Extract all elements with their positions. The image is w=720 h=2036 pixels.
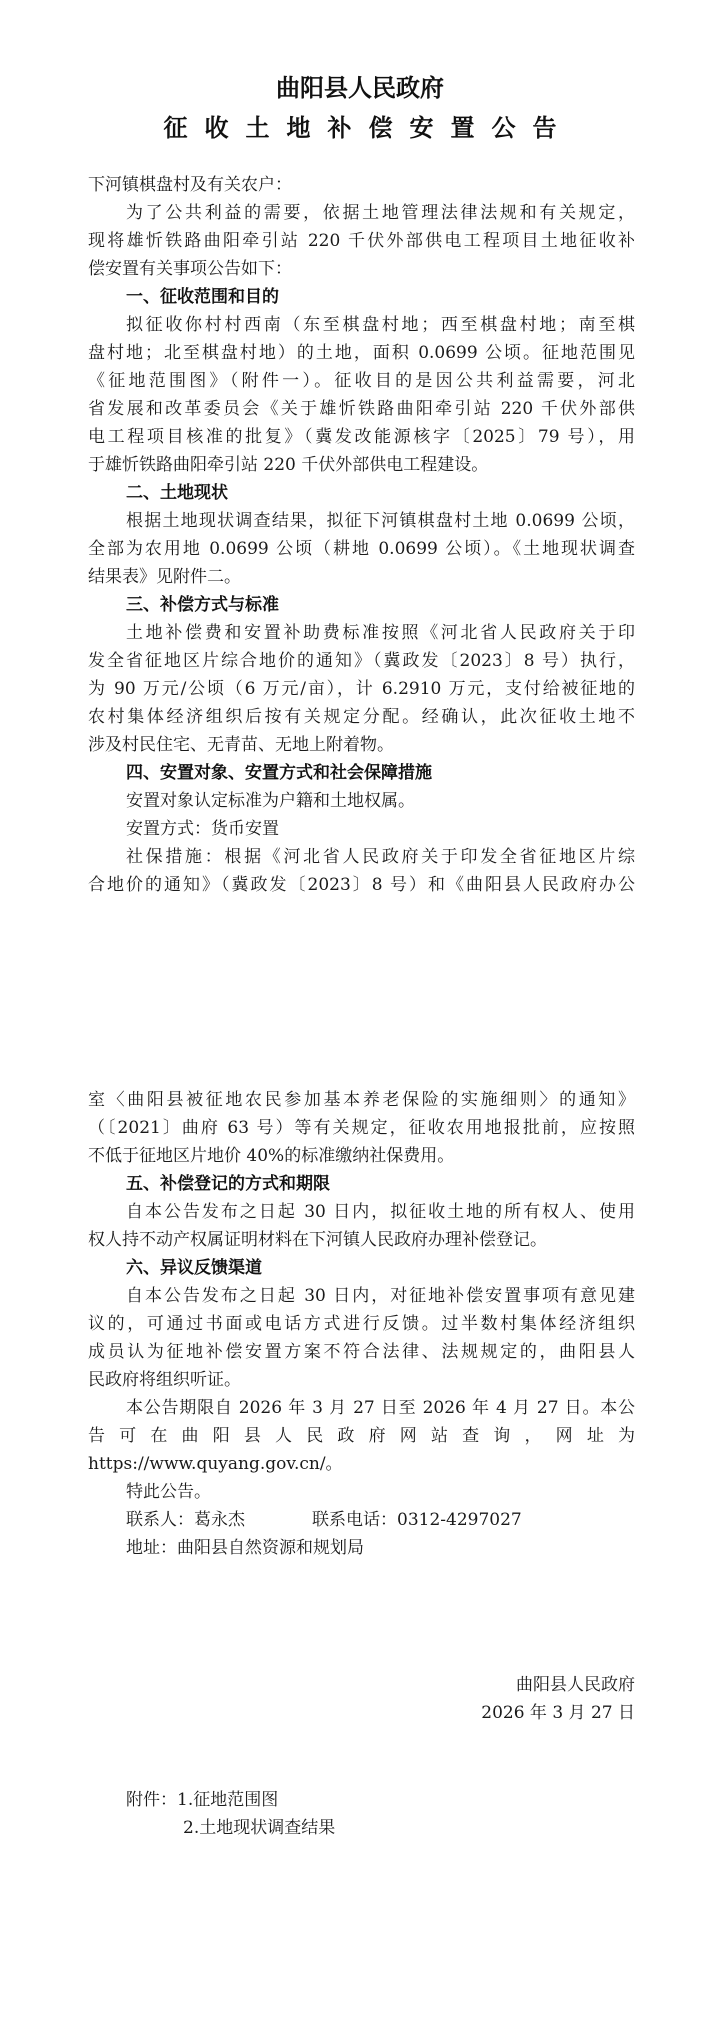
section-line: 发全省征地区片综合地价的通知》（冀政发〔2023〕8 号）执行， [88,648,635,674]
signature-org: 曲阳县人民政府 [516,1672,635,1698]
section-heading-feedback: 六、异议反馈渠道 [126,1255,262,1281]
section-line: 议的，可通过书面或电话方式进行反馈。过半数村集体经济组织 [88,1311,635,1337]
section-heading-resettlement: 四、安置对象、安置方式和社会保障措施 [126,760,432,786]
intro-line: 偿安置有关事项公告如下： [88,256,292,282]
period-line: 本公告期限自 2026 年 3 月 27 日至 2026 年 4 月 27 日。… [126,1395,635,1421]
section-line: 全部为农用地 0.0699 公顷（耕地 0.0699 公顷）。《土地现状调查 [88,536,635,562]
section-line: 自本公告发布之日起 30 日内，拟征收土地的所有权人、使用 [126,1199,635,1225]
address-label: 地址： [126,1538,177,1558]
contact-phone: 0312-4297027 [397,1510,522,1530]
contact-phone-label: 联系电话： [312,1510,397,1530]
contact-person: 葛永杰 [194,1510,245,1530]
section-line: 为 90 万元/公顷（6 万元/亩），计 6.2910 万元，支付给被征地的 [88,676,635,702]
website-url: https://www.quyang.gov.cn/。 [88,1451,343,1477]
section-line: 于雄忻铁路曲阳牵引站 220 千伏外部供电工程建设。 [88,452,488,478]
section-line: 电工程项目核准的批复》（冀发改能源核字〔2025〕79 号），用 [88,424,635,450]
section-line: 安置方式：货币安置 [126,816,279,842]
attachments-label: 附件： [126,1790,177,1810]
section-line: 农村集体经济组织后按有关规定分配。经确认，此次征收土地不 [88,704,635,730]
address: 曲阳县自然资源和规划局 [177,1538,364,1558]
period-line: 告可在曲阳县人民政府网站查询，网址为 [88,1423,635,1449]
section-heading-compensation: 三、补偿方式与标准 [126,592,279,618]
section-heading-scope: 一、征收范围和目的 [126,284,279,310]
section-line: 涉及村民住宅、无青苗、无地上附着物。 [88,732,394,758]
section-line: 拟征收你村村西南（东至棋盘村地；西至棋盘村地；南至棋 [126,312,635,338]
address-row: 地址：曲阳县自然资源和规划局 [126,1535,364,1561]
section-line: 自本公告发布之日起 30 日内，对征地补偿安置事项有意见建 [126,1283,635,1309]
section-line: （〔2021〕曲府 63 号）等有关规定，征收农用地报批前，应按照 [88,1115,635,1141]
section-line: 《征地范围图》（附件一）。征收目的是因公共利益需要，河北 [88,368,635,394]
section-line: 安置对象认定标准为户籍和土地权属。 [126,788,415,814]
attachment-item: 2.土地现状调查结果 [183,1815,335,1841]
intro-line: 现将雄忻铁路曲阳牵引站 220 千伏外部供电工程项目土地征收补 [88,228,635,254]
section-line: 省发展和改革委员会《关于雄忻铁路曲阳牵引站 220 千伏外部供 [88,396,635,422]
section-line: 成员认为征地补偿安置方案不符合法律、法规规定的，曲阳县人 [88,1339,635,1365]
section-line: 合地价的通知》（冀政发〔2023〕8 号）和《曲阳县人民政府办公 [88,872,635,898]
attachment-item: 1.征地范围图 [177,1790,278,1810]
signature-date: 2026 年 3 月 27 日 [481,1700,635,1726]
contact-phone-row: 联系电话：0312-4297027 [312,1507,522,1533]
section-line: 室〈曲阳县被征地农民参加基本养老保险的实施细则〉的通知》 [88,1087,635,1113]
attachment-row: 附件：1.征地范围图 [126,1787,278,1813]
section-line: 权人持不动产权属证明材料在下河镇人民政府办理补偿登记。 [88,1227,547,1253]
section-line: 盘村地；北至棋盘村地）的土地，面积 0.0699 公顷。征地范围见 [88,340,635,366]
issuer-title: 曲阳县人民政府 [0,70,720,106]
section-heading-land-status: 二、土地现状 [126,480,228,506]
section-line: 不低于征地区片地价 40%的标准缴纳社保费用。 [88,1143,454,1169]
section-line: 土地补偿费和安置补助费标准按照《河北省人民政府关于印 [126,620,635,646]
closing: 特此公告。 [126,1479,211,1505]
section-line: 根据土地现状调查结果，拟征下河镇棋盘村土地 0.0699 公顷， [126,508,635,534]
section-line: 民政府将组织听证。 [88,1367,241,1393]
contact-person-label: 联系人： [126,1510,194,1530]
contact-person-row: 联系人：葛永杰 [126,1507,245,1533]
section-line: 结果表》见附件二。 [88,564,241,590]
salutation: 下河镇棋盘村及有关农户： [88,172,292,198]
intro-line: 为了公共利益的需要，依据土地管理法律法规和有关规定， [126,200,635,226]
notice-title: 征收土地补偿安置公告 [0,110,720,146]
section-line: 社保措施：根据《河北省人民政府关于印发全省征地区片综 [126,844,635,870]
section-heading-registration: 五、补偿登记的方式和期限 [126,1171,330,1197]
